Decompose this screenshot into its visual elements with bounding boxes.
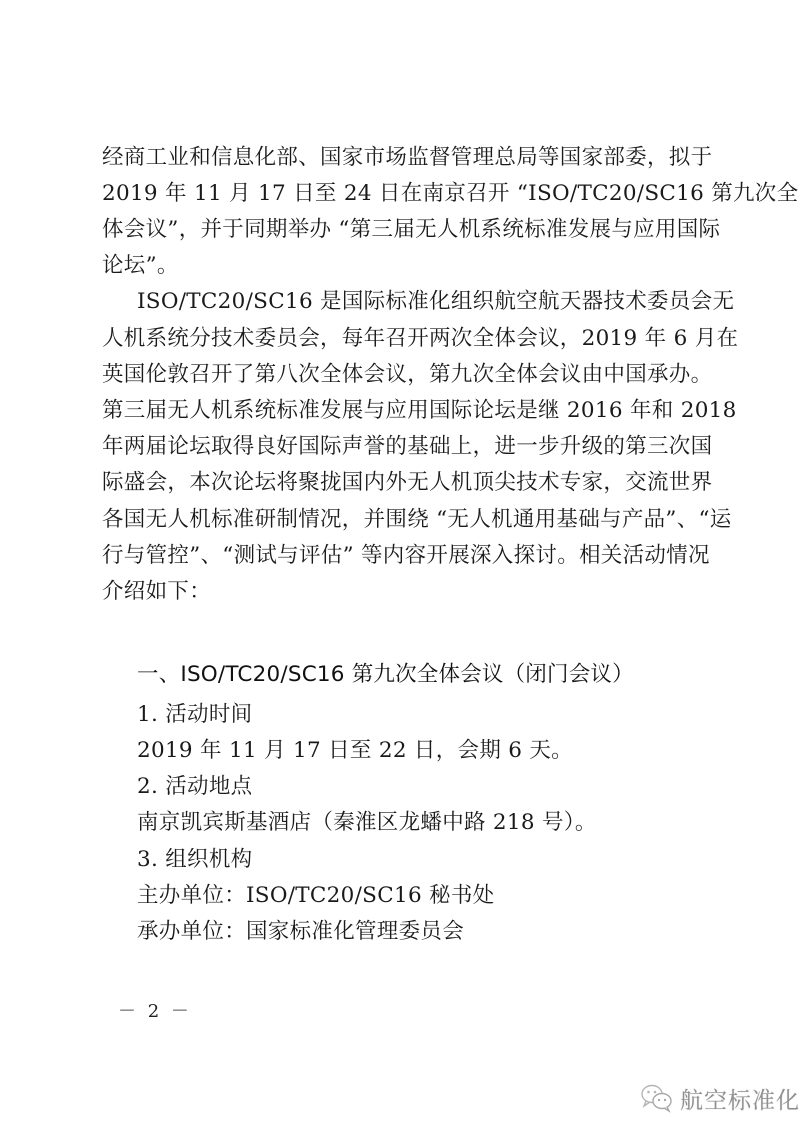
watermark: 航空标准化	[640, 1080, 800, 1116]
paragraph-2-line-2: 人机系统分技术委员会，每年召开两次全体会议，2019 年 6 月在	[102, 325, 702, 353]
paragraph-2-line-6: 际盛会，本次论坛将聚拢国内外无人机顶尖技术专家，交流世界	[102, 469, 702, 497]
paragraph-1-line-3: 体会议”，并于同期举办 “第三届无人机系统标准发展与应用国际	[102, 216, 702, 244]
wechat-icon	[640, 1083, 674, 1113]
item-3-undertaker: 承办单位：国家标准化管理委员会	[137, 918, 737, 946]
document-page: 经商工业和信息化部、国家市场监督管理总局等国家部委，拟于 2019 年 11 月…	[0, 0, 800, 1131]
paragraph-1-line-1: 经商工业和信息化部、国家市场监督管理总局等国家部委，拟于	[102, 144, 702, 172]
paragraph-1-line-4: 论坛”。	[102, 252, 702, 280]
paragraph-2-line-3: 英国伦敦召开了第八次全体会议，第九次全体会议由中国承办。	[102, 361, 702, 389]
item-2-content: 南京凯宾斯基酒店（秦淮区龙蟠中路 218 号）。	[137, 809, 737, 837]
item-3-organizer: 主办单位：ISO/TC20/SC16 秘书处	[137, 882, 737, 910]
paragraph-2-line-1: ISO/TC20/SC16 是国际标准化组织航空航天器技术委员会无	[137, 288, 737, 316]
paragraph-2-line-8: 行与管控”、“测试与评估” 等内容开展深入探讨。相关活动情况	[102, 542, 702, 570]
watermark-text: 航空标准化	[680, 1082, 800, 1115]
item-3-title: 3. 组织机构	[137, 846, 737, 874]
paragraph-2-line-4: 第三届无人机系统标准发展与应用国际论坛是继 2016 年和 2018	[102, 397, 702, 425]
item-1-content: 2019 年 11 月 17 日至 22 日，会期 6 天。	[137, 737, 737, 765]
paragraph-2-line-9: 介绍如下：	[102, 578, 702, 606]
item-1-title: 1. 活动时间	[137, 701, 737, 729]
paragraph-2-line-5: 年两届论坛取得良好国际声誉的基础上，进一步升级的第三次国	[102, 433, 702, 461]
paragraph-1-line-2: 2019 年 11 月 17 日至 24 日在南京召开 “ISO/TC20/SC…	[102, 180, 702, 208]
paragraph-2-line-7: 各国无人机标准研制情况，并围绕 “无人机通用基础与产品”、“运	[102, 506, 702, 534]
page-number: － 2 －	[118, 1000, 192, 1024]
section-heading: 一、ISO/TC20/SC16 第九次全体会议（闭门会议）	[137, 661, 737, 689]
item-2-title: 2. 活动地点	[137, 773, 737, 801]
